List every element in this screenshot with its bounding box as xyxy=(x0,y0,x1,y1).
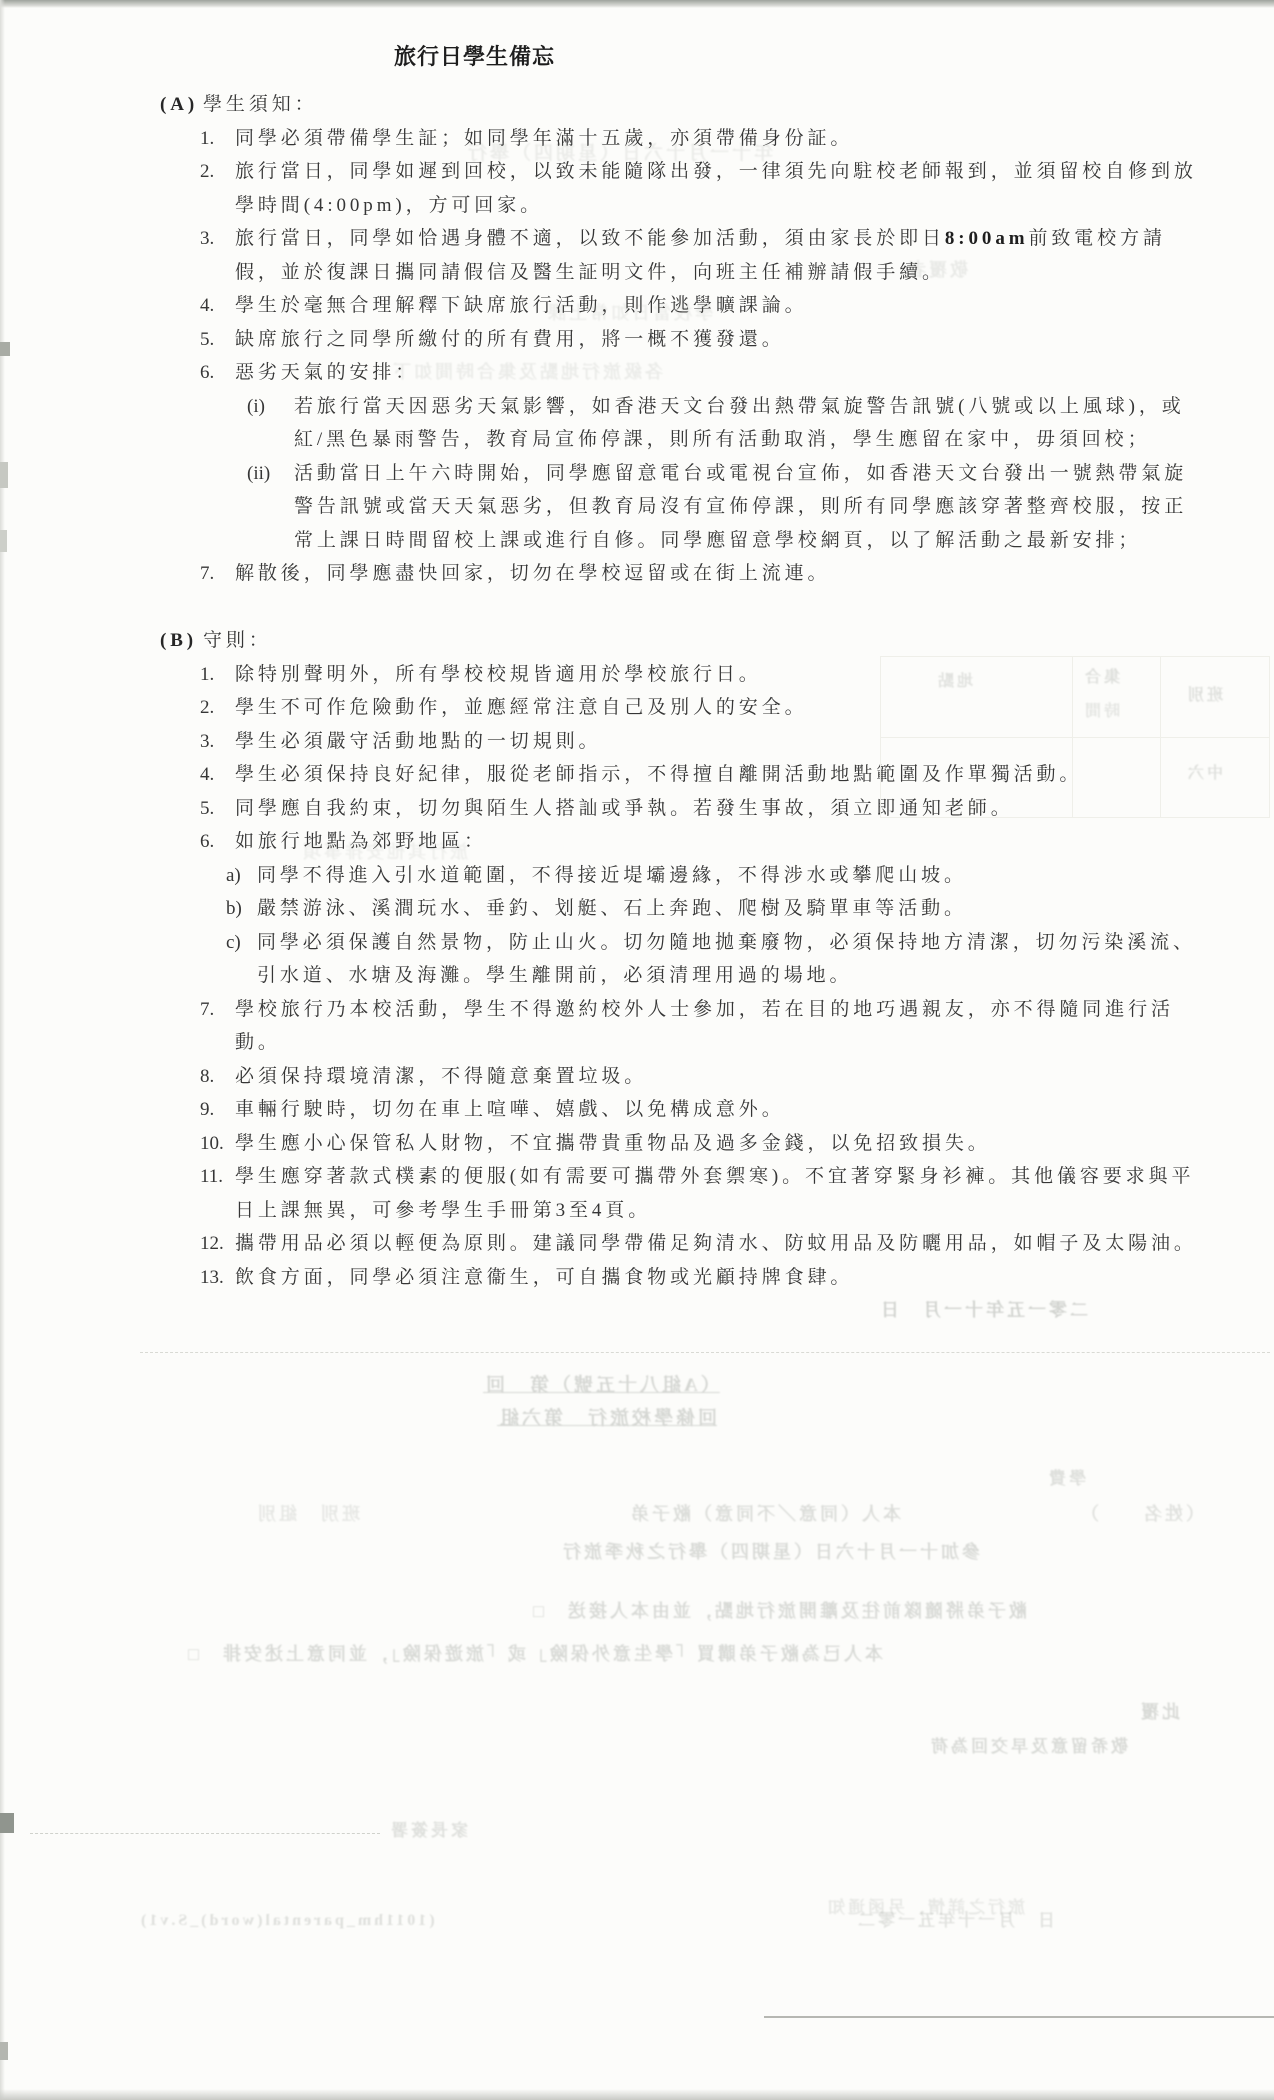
item-text: 學生必須保持良好紀律，服從老師指示，不得擅自離開活動地點範圍及作單獨活動。 xyxy=(235,758,1198,792)
item-number: 6. xyxy=(200,825,235,859)
list-item: 10.學生應小心保管私人財物，不宜攜帶貴重物品及過多金錢，以免招致損失。 xyxy=(160,1127,1198,1161)
list-item: 2.學生不可作危險動作，並應經常注意自己及別人的安全。 xyxy=(160,691,1198,725)
bleedthrough-text: 家長簽署 xyxy=(388,1816,468,1841)
item-text: 必須保持環境清潔，不得隨意棄置垃圾。 xyxy=(235,1060,1198,1094)
bleedthrough-text: 本人（同意／不同意）敝子弟 xyxy=(628,1500,901,1526)
bleedthrough-text: 參加十一月十六日（星期四）舉行之秋季旅行 xyxy=(560,1538,980,1564)
list-item: 3.學生必須嚴守活動地點的一切規則。 xyxy=(160,725,1198,759)
item-text: 學生應小心保管私人財物，不宜攜帶貴重物品及過多金錢，以免招致損失。 xyxy=(235,1127,1198,1161)
bleedthrough-text: 班別 組別 xyxy=(255,1500,360,1526)
scan-artifact-line xyxy=(0,1813,14,1833)
bleedthrough-text: 學校當日如常上課 xyxy=(545,299,713,325)
item-number: 2. xyxy=(200,155,235,189)
bleedthrough-text: 敝子弟將隨隊前往及離開旅行地點，並由本人接送 □ xyxy=(530,1597,1027,1623)
item-text: 車輛行駛時，切勿在車上喧嘩、嬉戲、以免構成意外。 xyxy=(235,1093,1198,1127)
list-item: 11.學生應穿著款式樸素的便服(如有需要可攜帶外套禦寒)。不宜著穿緊身衫褲。其他… xyxy=(160,1160,1198,1227)
item-number: 8. xyxy=(200,1060,235,1094)
scan-artifact-line xyxy=(880,817,1270,818)
item-number: 1. xyxy=(200,658,235,692)
bleedthrough-text: （A組八十五號）第 回 xyxy=(483,1370,720,1397)
item-text: 旅行當日，同學如遲到回校，以致未能隨隊出發，一律須先向駐校老師報到，並須留校自修… xyxy=(235,155,1198,222)
list-item: 7.解散後，同學應盡快回家，切勿在學校逗留或在街上流連。 xyxy=(160,557,1198,591)
bleedthrough-text: 日 月一十年五一零二 xyxy=(855,1906,1055,1931)
item-number: 5. xyxy=(200,323,235,357)
scan-artifact-line xyxy=(880,656,881,817)
list-item: 4.學生必須保持良好紀律，服從老師指示，不得擅自離開活動地點範圍及作單獨活動。 xyxy=(160,758,1198,792)
item-number: 2. xyxy=(200,691,235,725)
item-number: 9. xyxy=(200,1093,235,1127)
list-item: 5.同學應自我約束，切勿與陌生人搭訕或爭執。若發生事故，須立即通知老師。 xyxy=(160,792,1198,826)
item-number: 13. xyxy=(200,1261,235,1295)
item-number: b) xyxy=(226,892,257,926)
list-item: 3.旅行當日，同學如恰遇身體不適，以致不能參加活動，須由家長於即日8:00am前… xyxy=(160,222,1198,289)
section-heading-row: (A)學生須知： xyxy=(160,88,1198,122)
item-text: 學生不可作危險動作，並應經常注意自己及別人的安全。 xyxy=(235,691,1198,725)
item-text: 若旅行當天因惡劣天氣影響，如香港天文台發出熱帶氣旋警告訊號(八號或以上風球)，或… xyxy=(294,390,1198,457)
list-item: 6.惡劣天氣的安排： xyxy=(160,356,1198,390)
item-text: 飲食方面，同學必須注意衞生，可自攜食物或光顧持牌食肆。 xyxy=(235,1261,1198,1295)
page-title: 旅行日學生備忘 xyxy=(394,40,555,71)
list-item: 5.缺席旅行之同學所繳付的所有費用，將一概不獲發還。 xyxy=(160,323,1198,357)
section-B: (B)守則：1.除特別聲明外，所有學校校規皆適用於學校旅行日。2.學生不可作危險… xyxy=(160,624,1198,1294)
bleedthrough-text: 各級旅行地點及集合時間如下 xyxy=(390,358,663,384)
list-item: (ii)活動當日上午六時開始，同學應留意電台或電視台宣佈，如香港天文台發出一號熱… xyxy=(160,457,1198,558)
scan-edge-left xyxy=(0,0,5,2100)
section-label: (B) xyxy=(160,624,203,658)
scan-artifact-line xyxy=(30,1833,380,1835)
item-text: 學生應穿著款式樸素的便服(如有需要可攜帶外套禦寒)。不宜著穿緊身衫褲。其他儀容要… xyxy=(235,1160,1198,1227)
scan-artifact-line xyxy=(0,2042,8,2060)
item-number: 4. xyxy=(200,289,235,323)
item-number: 7. xyxy=(200,557,235,591)
list-item: 2.旅行當日，同學如遲到回校，以致未能隨隊出發，一律須先向駐校老師報到，並須留校… xyxy=(160,155,1198,222)
scanned-document-page: 旅行日學生備忘 (A)學生須知：1.同學必須帶備學生証；如同學年滿十五歲，亦須帶… xyxy=(0,0,1274,2100)
list-item: 9.車輛行駛時，切勿在車上喧嘩、嬉戲、以免構成意外。 xyxy=(160,1093,1198,1127)
item-number: 7. xyxy=(200,993,235,1027)
scan-artifact-line xyxy=(1160,656,1161,817)
item-text: 旅行當日，同學如恰遇身體不適，以致不能參加活動，須由家長於即日8:00am前致電… xyxy=(235,222,1198,289)
item-text: 嚴禁游泳、溪澗玩水、垂釣、划艇、石上奔跑、爬樹及騎單車等活動。 xyxy=(257,892,1198,926)
item-text: 缺席旅行之同學所繳付的所有費用，將一概不獲發還。 xyxy=(235,323,1198,357)
bleedthrough-text: 此覆 xyxy=(1138,1698,1180,1724)
bold-text: 8:00am xyxy=(945,228,1029,249)
item-text: 學校旅行乃本校活動，學生不得邀約校外人士參加，若在目的地巧遇親友，亦不得隨同進行… xyxy=(235,993,1198,1060)
bleedthrough-text: 中六 xyxy=(1185,760,1223,783)
item-number: 10. xyxy=(200,1127,235,1161)
scan-edge-bottom xyxy=(0,2089,1274,2100)
item-number: 12. xyxy=(200,1227,235,1261)
item-number: 5. xyxy=(200,792,235,826)
bleedthrough-text: 敬希留意及早交回為荷 xyxy=(928,1732,1128,1757)
item-text: 解散後，同學應盡快回家，切勿在學校逗留或在街上流連。 xyxy=(235,557,1198,591)
item-number: 3. xyxy=(200,222,235,256)
item-number: (i) xyxy=(247,390,294,424)
bleedthrough-text: 時間 xyxy=(1082,698,1120,721)
item-number: 1. xyxy=(200,122,235,156)
item-number: a) xyxy=(226,859,257,893)
bleedthrough-text: 二零一五年十一月 日 xyxy=(878,1296,1088,1322)
item-number: 3. xyxy=(200,725,235,759)
item-text: 同學應自我約束，切勿與陌生人搭訕或爭執。若發生事故，須立即通知老師。 xyxy=(235,792,1198,826)
list-item: (i)若旅行當天因惡劣天氣影響，如香港天文台發出熱帶氣旋警告訊號(八號或以上風球… xyxy=(160,390,1198,457)
item-text: 學生必須嚴守活動地點的一切規則。 xyxy=(235,725,1198,759)
item-text: 除特別聲明外，所有學校校規皆適用於學校旅行日。 xyxy=(235,658,1198,692)
bleedthrough-text: 集合 xyxy=(1082,664,1120,687)
bleedthrough-text: （姓名 ） xyxy=(1078,1500,1204,1526)
list-item: 7.學校旅行乃本校活動，學生不得邀約校外人士參加，若在目的地巧遇親友，亦不得隨同… xyxy=(160,993,1198,1060)
scan-artifact-line xyxy=(0,530,7,552)
scan-artifact-line xyxy=(880,737,1270,738)
scan-artifact-line xyxy=(140,1352,1270,1354)
scan-artifact-line xyxy=(0,342,10,356)
list-item: 8.必須保持環境清潔，不得隨意棄置垃圾。 xyxy=(160,1060,1198,1094)
scan-artifact-line xyxy=(764,2016,1274,2018)
section-heading: 學生須知： xyxy=(203,88,1198,122)
section-heading: 守則： xyxy=(203,624,1198,658)
scan-artifact-line xyxy=(1269,656,1270,817)
bleedthrough-text: 回條學校旅行 第六組 xyxy=(497,1403,717,1430)
scan-artifact-line xyxy=(880,656,1270,657)
item-number: 4. xyxy=(200,758,235,792)
item-number: 11. xyxy=(200,1160,235,1194)
bleedthrough-text: 班別 xyxy=(1185,682,1223,705)
item-text: 學生於毫無合理解釋下缺席旅行活動，則作逃學曠課論。 xyxy=(235,289,1198,323)
list-item: b)嚴禁游泳、溪澗玩水、垂釣、划艇、石上奔跑、爬樹及騎單車等活動。 xyxy=(160,892,1198,926)
item-text: 惡劣天氣的安排： xyxy=(235,356,1198,390)
item-number: c) xyxy=(226,926,257,960)
bleedthrough-text: 敬覆者 xyxy=(905,256,968,282)
list-item: 13.飲食方面，同學必須注意衞生，可自攜食物或光顧持牌食肆。 xyxy=(160,1261,1198,1295)
bleedthrough-text: 地點 xyxy=(935,668,973,691)
list-item: 12.攜帶用品必須以輕便為原則。建議同學帶備足夠清水、防蚊用品及防曬用品，如帽子… xyxy=(160,1227,1198,1261)
scan-edge-top xyxy=(0,0,1274,8)
bleedthrough-text: 學費 xyxy=(1046,1464,1086,1489)
document-body: (A)學生須知：1.同學必須帶備學生証；如同學年滿十五歲，亦須帶備身份証。2.旅… xyxy=(160,88,1198,1294)
scan-artifact-line xyxy=(1072,656,1073,817)
item-text: 同學必須保護自然景物，防止山火。切勿隨地拋棄廢物，必須保持地方清潔，切勿污染溪流… xyxy=(257,926,1198,993)
list-item: 1.除特別聲明外，所有學校校規皆適用於學校旅行日。 xyxy=(160,658,1198,692)
scan-artifact-line xyxy=(0,462,8,488)
item-text: 攜帶用品必須以輕便為原則。建議同學帶備足夠清水、防蚊用品及防曬用品，如帽子及太陽… xyxy=(235,1227,1198,1261)
section-heading-row: (B)守則： xyxy=(160,624,1198,658)
item-text: 活動當日上午六時開始，同學應留意電台或電視台宣佈，如香港天文台發出一號熱帶氣旋警… xyxy=(294,457,1198,558)
bleedthrough-text: 年十一月十六日（星期四）舉行 xyxy=(465,138,773,165)
item-number: 6. xyxy=(200,356,235,390)
list-item: c)同學必須保護自然景物，防止山火。切勿隨地拋棄廢物，必須保持地方清潔，切勿污染… xyxy=(160,926,1198,993)
section-label: (A) xyxy=(160,88,203,122)
bleedthrough-text: 本人已為敝子弟購買「學生意外保險」或「旅遊保險」，並同意上述安排 □ xyxy=(185,1640,883,1666)
bleedthrough-text: (1011hm_parental(word)_S.v1) xyxy=(138,1912,435,1930)
bleedthrough-text: 旅行其他安排事項 xyxy=(300,838,468,864)
item-number: (ii) xyxy=(247,457,294,491)
